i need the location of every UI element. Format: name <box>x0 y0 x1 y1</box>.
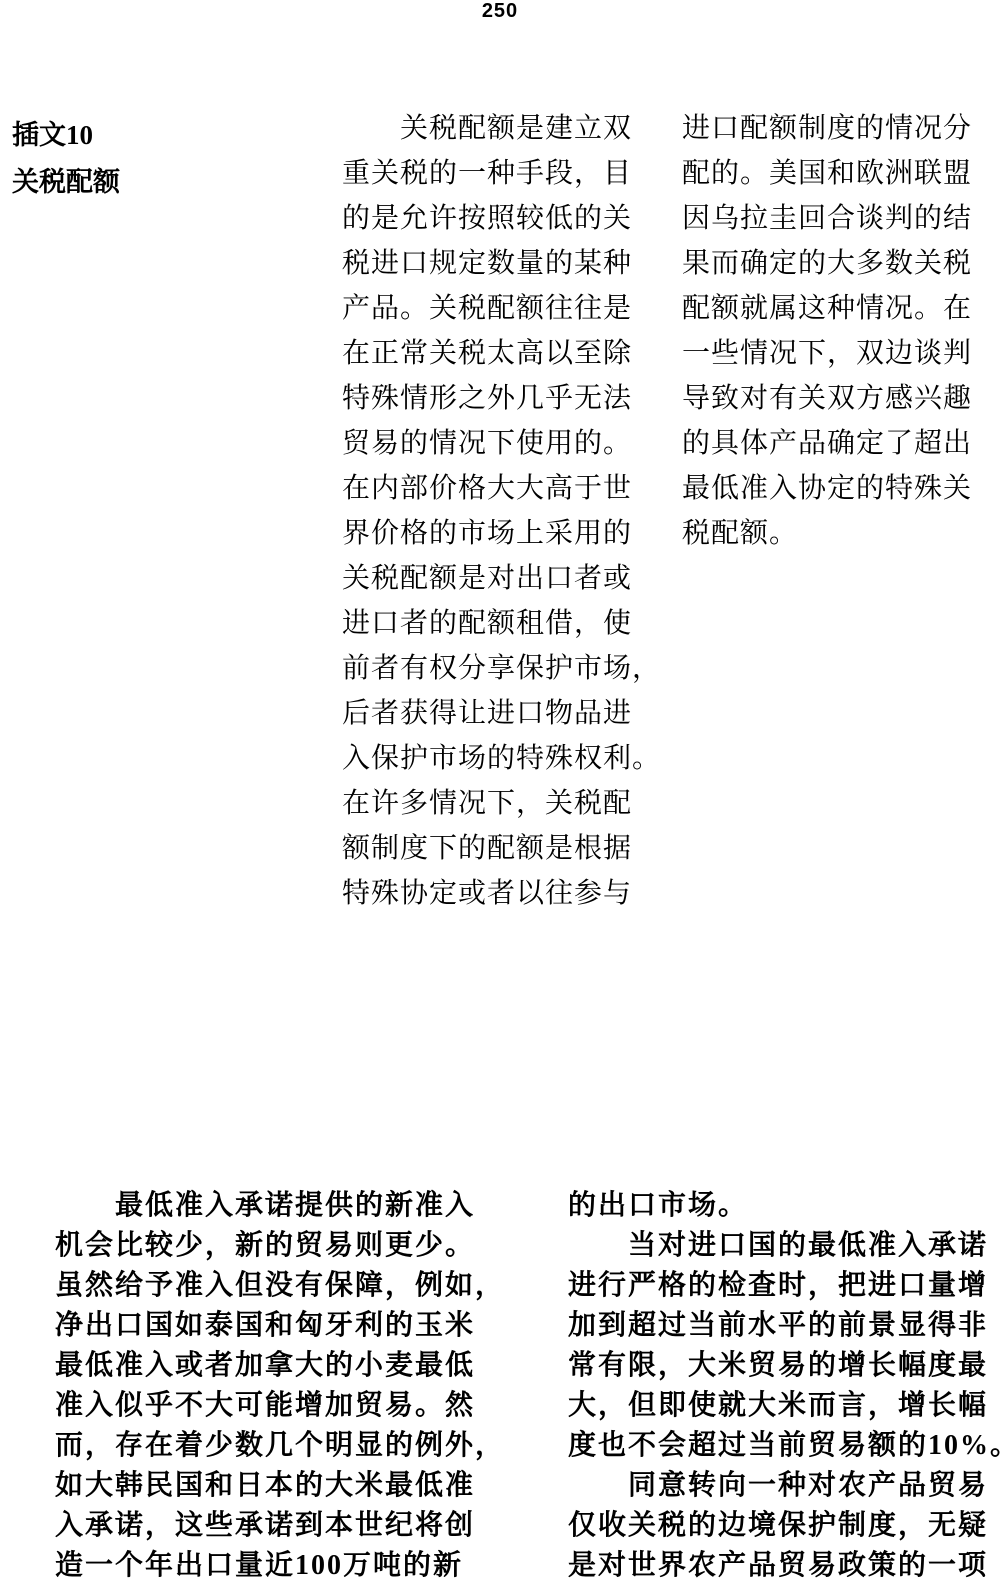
text-line: 的具体产品确定了超出 <box>682 421 984 466</box>
text-line: 导致对有关双方感兴趣 <box>682 376 984 421</box>
text-line: 虽然给予准入但没有保障，例如， <box>55 1266 485 1306</box>
text-line: 关税配额是建立双 <box>342 106 644 151</box>
document-page: 250 插文10 关税配额 关税配额是建立双 重关税的一种手段，目 的是允许按照… <box>0 0 1000 1592</box>
text-line: 前者有权分享保护市场， <box>342 646 644 691</box>
box-text-column-2: 进口配额制度的情况分 配的。美国和欧洲联盟 因乌拉圭回合谈判的结 果而确定的大多… <box>682 106 984 556</box>
text-line: 最低准入协定的特殊关 <box>682 466 984 511</box>
text-line: 度也不会超过当前贸易额的10%。 <box>568 1426 993 1466</box>
text-line: 进口者的配额租借，使 <box>342 601 644 646</box>
text-line: 仅收关税的边境保护制度，无疑 <box>568 1506 993 1546</box>
body-text-column-2: 的出口市场。 当对进口国的最低准入承诺 进行严格的检查时，把进口量增 加到超过当… <box>568 1186 993 1586</box>
text-line: 的是允许按照较低的关 <box>342 196 644 241</box>
text-line: 准入似乎不大可能增加贸易。然 <box>55 1386 485 1426</box>
text-line: 机会比较少，新的贸易则更少。 <box>55 1226 485 1266</box>
text-line: 入承诺，这些承诺到本世纪将创 <box>55 1506 485 1546</box>
text-line: 在许多情况下，关税配 <box>342 781 644 826</box>
text-line: 大，但即使就大米而言，增长幅 <box>568 1386 993 1426</box>
text-line: 造一个年出口量近100万吨的新 <box>55 1546 485 1586</box>
text-line: 最低准入或者加拿大的小麦最低 <box>55 1346 485 1386</box>
text-line: 因乌拉圭回合谈判的结 <box>682 196 984 241</box>
text-line: 在正常关税太高以至除 <box>342 331 644 376</box>
text-line: 进行严格的检查时，把进口量增 <box>568 1266 993 1306</box>
text-line: 配的。美国和欧洲联盟 <box>682 151 984 196</box>
box-label: 插文10 关税配额 <box>12 112 120 206</box>
text-line: 关税配额是对出口者或 <box>342 556 644 601</box>
text-line: 果而确定的大多数关税 <box>682 241 984 286</box>
text-line: 最低准入承诺提供的新准入 <box>55 1186 485 1226</box>
text-line: 特殊协定或者以往参与 <box>342 871 644 916</box>
text-line: 在内部价格大大高于世 <box>342 466 644 511</box>
text-line: 同意转向一种对农产品贸易 <box>568 1466 993 1506</box>
text-line: 净出口国如泰国和匈牙利的玉米 <box>55 1306 485 1346</box>
text-line: 入保护市场的特殊权利。 <box>342 736 644 781</box>
text-line: 是对世界农产品贸易政策的一项 <box>568 1546 993 1586</box>
text-line: 进口配额制度的情况分 <box>682 106 984 151</box>
text-line: 重关税的一种手段，目 <box>342 151 644 196</box>
text-line: 常有限，大米贸易的增长幅度最 <box>568 1346 993 1386</box>
text-line: 而，存在着少数几个明显的例外， <box>55 1426 485 1466</box>
text-line: 当对进口国的最低准入承诺 <box>568 1226 993 1266</box>
text-line: 特殊情形之外几乎无法 <box>342 376 644 421</box>
page-number: 250 <box>0 0 1000 23</box>
text-line: 的出口市场。 <box>568 1186 993 1226</box>
text-line: 税配额。 <box>682 511 984 556</box>
text-line: 配额就属这种情况。在 <box>682 286 984 331</box>
text-line: 产品。关税配额往往是 <box>342 286 644 331</box>
text-line: 界价格的市场上采用的 <box>342 511 644 556</box>
box-text-column-1: 关税配额是建立双 重关税的一种手段，目 的是允许按照较低的关 税进口规定数量的某… <box>342 106 644 916</box>
text-line: 后者获得让进口物品进 <box>342 691 644 736</box>
text-line: 如大韩民国和日本的大米最低准 <box>55 1466 485 1506</box>
text-line: 贸易的情况下使用的。 <box>342 421 644 466</box>
text-line: 税进口规定数量的某种 <box>342 241 644 286</box>
box-label-title: 关税配额 <box>12 159 120 206</box>
text-line: 加到超过当前水平的前景显得非 <box>568 1306 993 1346</box>
text-line: 额制度下的配额是根据 <box>342 826 644 871</box>
text-line: 一些情况下，双边谈判 <box>682 331 984 376</box>
body-text-column-1: 最低准入承诺提供的新准入 机会比较少，新的贸易则更少。 虽然给予准入但没有保障，… <box>55 1186 485 1586</box>
box-label-number: 插文10 <box>12 112 120 159</box>
